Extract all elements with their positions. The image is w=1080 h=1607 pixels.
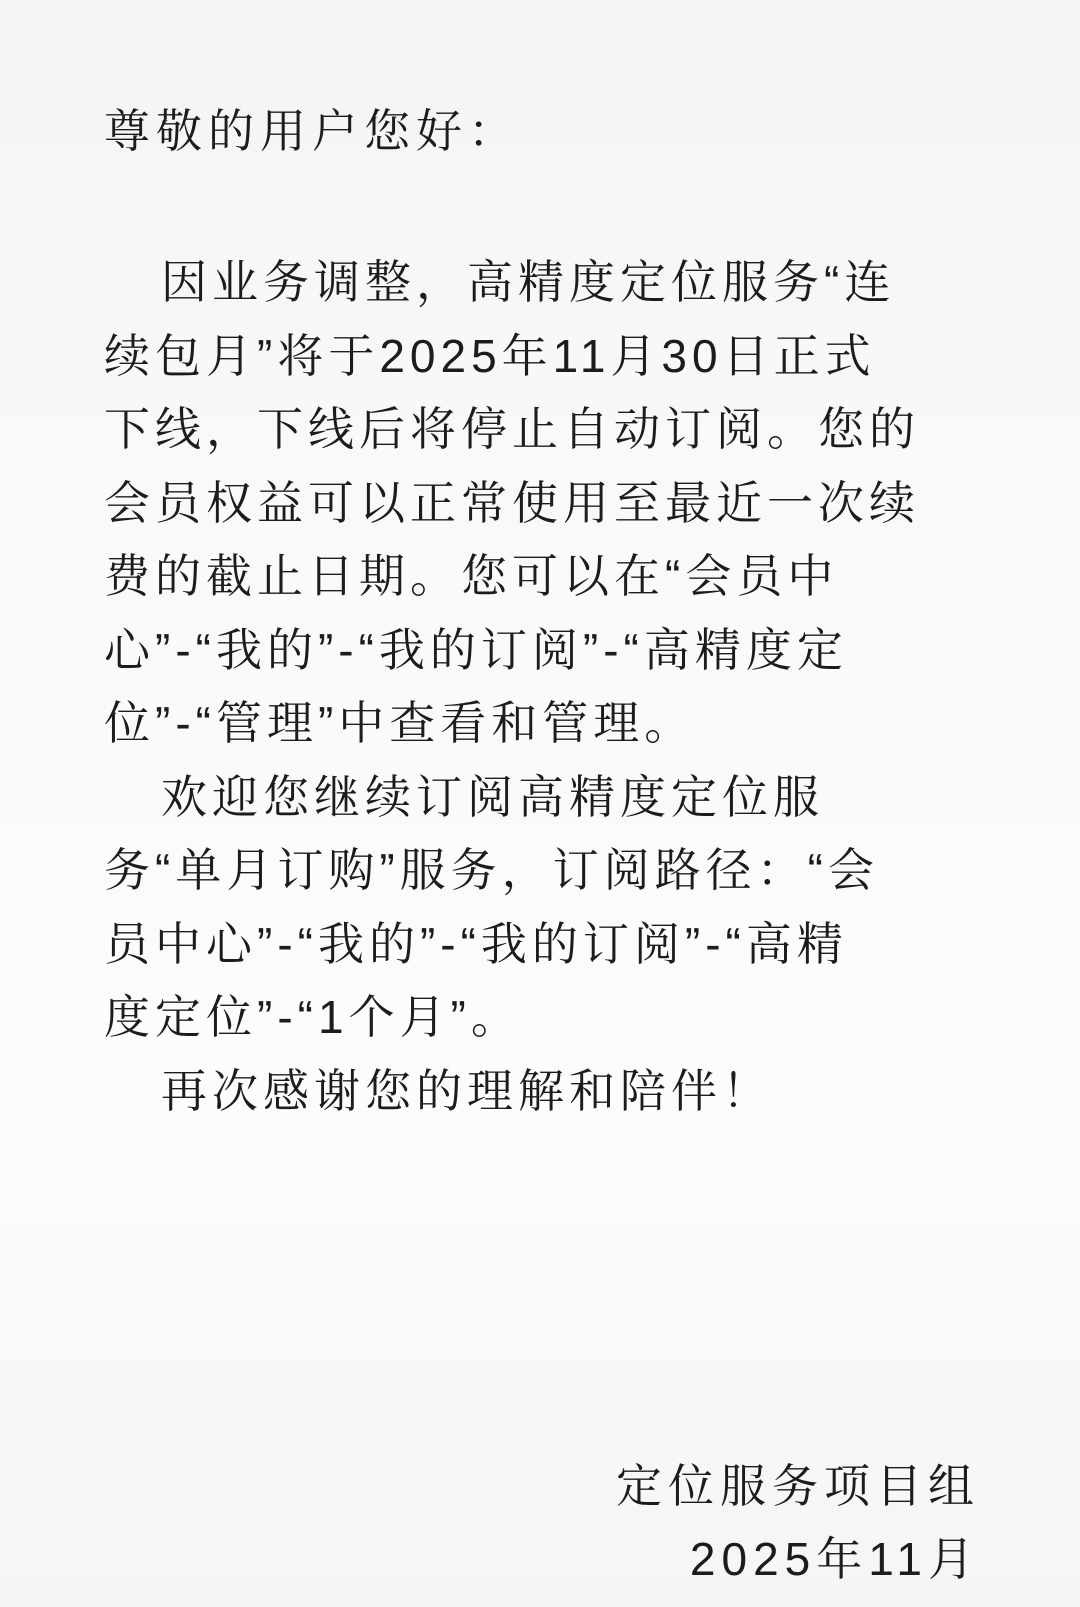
notice-body: 因业务调整，高精度定位服务“连续包月”将于2025年11月30日正式下线，下线后… <box>104 246 1020 1128</box>
body-line: 心”-“我的”-“我的订阅”-“高精度定 <box>104 614 1020 688</box>
body-line: 位”-“管理”中查看和管理。 <box>104 687 1020 761</box>
body-line: 费的截止日期。您可以在“会员中 <box>104 540 1020 614</box>
body-line: 务“单月订购”服务，订阅路径：“会 <box>104 834 1020 908</box>
signature-date: 2025年11月 <box>616 1523 980 1596</box>
body-line: 再次感谢您的理解和陪伴！ <box>104 1055 1020 1129</box>
notice-page: 尊敬的用户您好： 因业务调整，高精度定位服务“连续包月”将于2025年11月30… <box>0 0 1080 1607</box>
body-line: 下线，下线后将停止自动订阅。您的 <box>104 393 1020 467</box>
body-line: 度定位”-“1个月”。 <box>104 981 1020 1055</box>
signature-team: 定位服务项目组 <box>616 1450 980 1523</box>
signature-block: 定位服务项目组 2025年11月 <box>616 1450 980 1596</box>
body-line: 员中心”-“我的”-“我的订阅”-“高精 <box>104 908 1020 982</box>
body-line: 因业务调整，高精度定位服务“连 <box>104 246 1020 320</box>
body-line: 会员权益可以正常使用至最近一次续 <box>104 467 1020 541</box>
salutation-heading: 尊敬的用户您好： <box>104 95 520 168</box>
body-line: 续包月”将于2025年11月30日正式 <box>104 320 1020 394</box>
body-line: 欢迎您继续订阅高精度定位服 <box>104 761 1020 835</box>
